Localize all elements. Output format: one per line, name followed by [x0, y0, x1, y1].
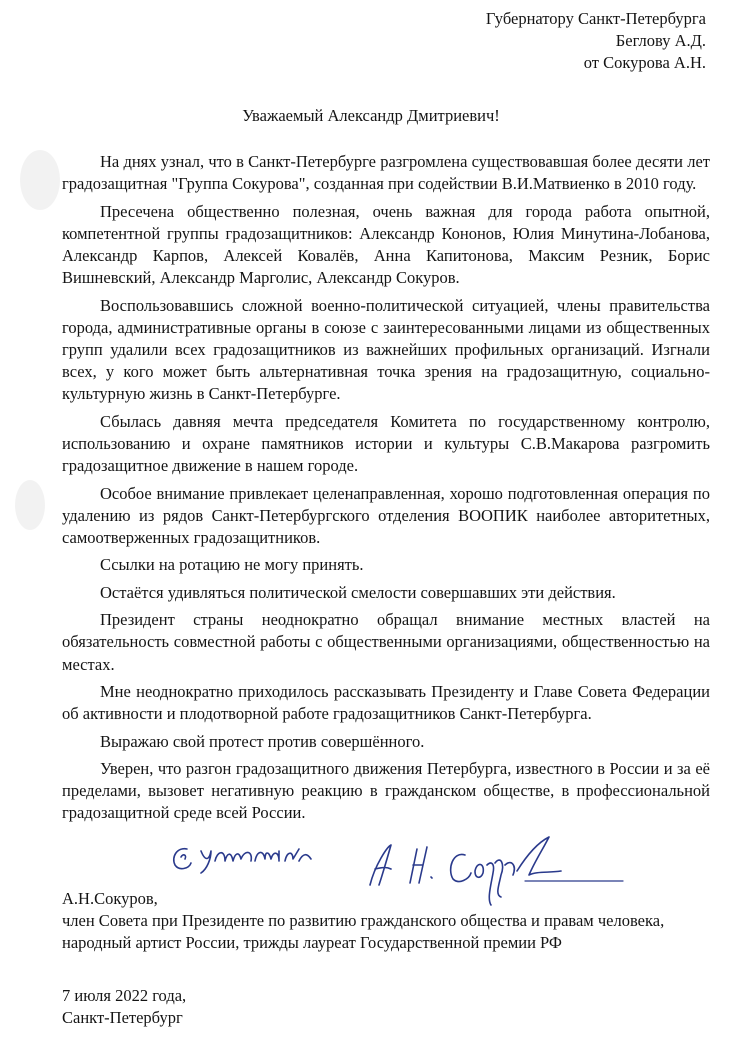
date-place-block: 7 июля 2022 года, Санкт-Петербург: [62, 985, 186, 1029]
salutation: Уважаемый Александр Дмитриевич!: [0, 106, 742, 126]
paragraph: Ссылки на ротацию не могу принять.: [62, 554, 710, 576]
letter-page: Губернатору Санкт-Петербурга Беглову А.Д…: [0, 0, 742, 1063]
paragraph: Пресечена общественно полезная, очень ва…: [62, 201, 710, 290]
paragraph: Остаётся удивляться политической смелост…: [62, 582, 710, 604]
scan-artifact: [15, 480, 45, 530]
signer-title-line-1: член Совета при Президенте по развитию г…: [62, 910, 722, 932]
paragraph: Воспользовавшись сложной военно-политиче…: [62, 295, 710, 406]
paragraph: На днях узнал, что в Санкт-Петербурге ра…: [62, 151, 710, 195]
paragraph: Мне неоднократно приходилось рассказыват…: [62, 681, 710, 725]
addressee-line-1: Губернатору Санкт-Петербурга: [486, 8, 706, 30]
paragraph: Выражаю свой протест против совершённого…: [62, 731, 710, 753]
addressee-line-2: Беглову А.Д.: [486, 30, 706, 52]
addressee-block: Губернатору Санкт-Петербурга Беглову А.Д…: [486, 8, 706, 74]
letter-date: 7 июля 2022 года,: [62, 985, 186, 1007]
signer-block: А.Н.Сокуров, член Совета при Президенте …: [62, 888, 722, 954]
addressee-line-3: от Сокурова А.Н.: [486, 52, 706, 74]
paragraph: Особое внимание привлекает целенаправлен…: [62, 483, 710, 550]
paragraph: Президент страны неоднократно обращал вн…: [62, 609, 710, 676]
paragraph: Сбылась давняя мечта председателя Комите…: [62, 411, 710, 478]
paragraph: Уверен, что разгон градозащитного движен…: [62, 758, 710, 825]
letter-body: На днях узнал, что в Санкт-Петербурге ра…: [62, 151, 710, 830]
letter-place: Санкт-Петербург: [62, 1007, 186, 1029]
scan-artifact: [20, 150, 60, 210]
signer-title-line-2: народный артист России, трижды лауреат Г…: [62, 932, 722, 954]
signer-name: А.Н.Сокуров,: [62, 888, 722, 910]
